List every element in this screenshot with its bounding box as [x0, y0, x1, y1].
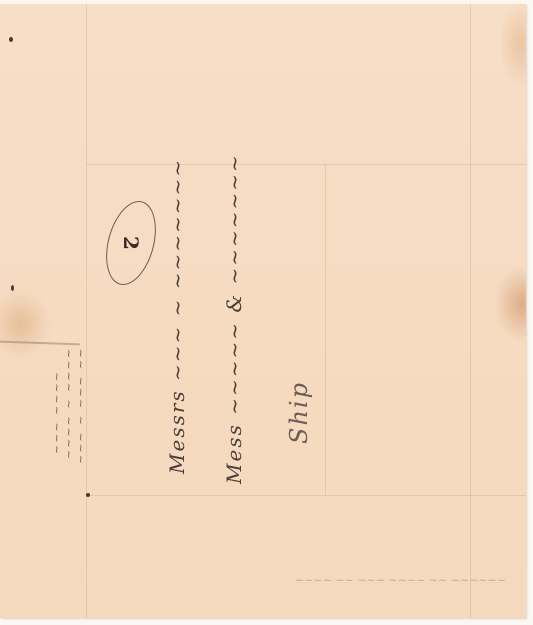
ink-speck [9, 37, 13, 42]
address-line-1: Messrs ~~~ ~ ~~~~~~~ [165, 158, 189, 474]
fold-line-top [86, 164, 526, 165]
fold-line-middle [325, 164, 326, 495]
circled-number-mark: 2 [98, 196, 165, 291]
letter-sheet: 2 Messrs ~~~ ~ ~~~~~~~ Mess ~~~~~ & ~~~~… [0, 4, 526, 618]
address-line-2: Mess ~~~~~ & ~~~~~~~ [222, 153, 246, 484]
ink-speck [11, 285, 14, 291]
pencil-notation: ~~~~~~ ~~ ~~~~ ~~~ ~~ ~~~~ [295, 574, 506, 587]
paper-tear [0, 341, 80, 346]
docket-line-3: ~~~ ~ ~~~ ~~ [74, 347, 87, 464]
ink-speck [86, 493, 90, 497]
fold-line-right [470, 4, 471, 618]
address-line-3: Ship [285, 381, 313, 444]
fold-line-bottom [86, 495, 526, 496]
fold-line-left [86, 4, 87, 618]
